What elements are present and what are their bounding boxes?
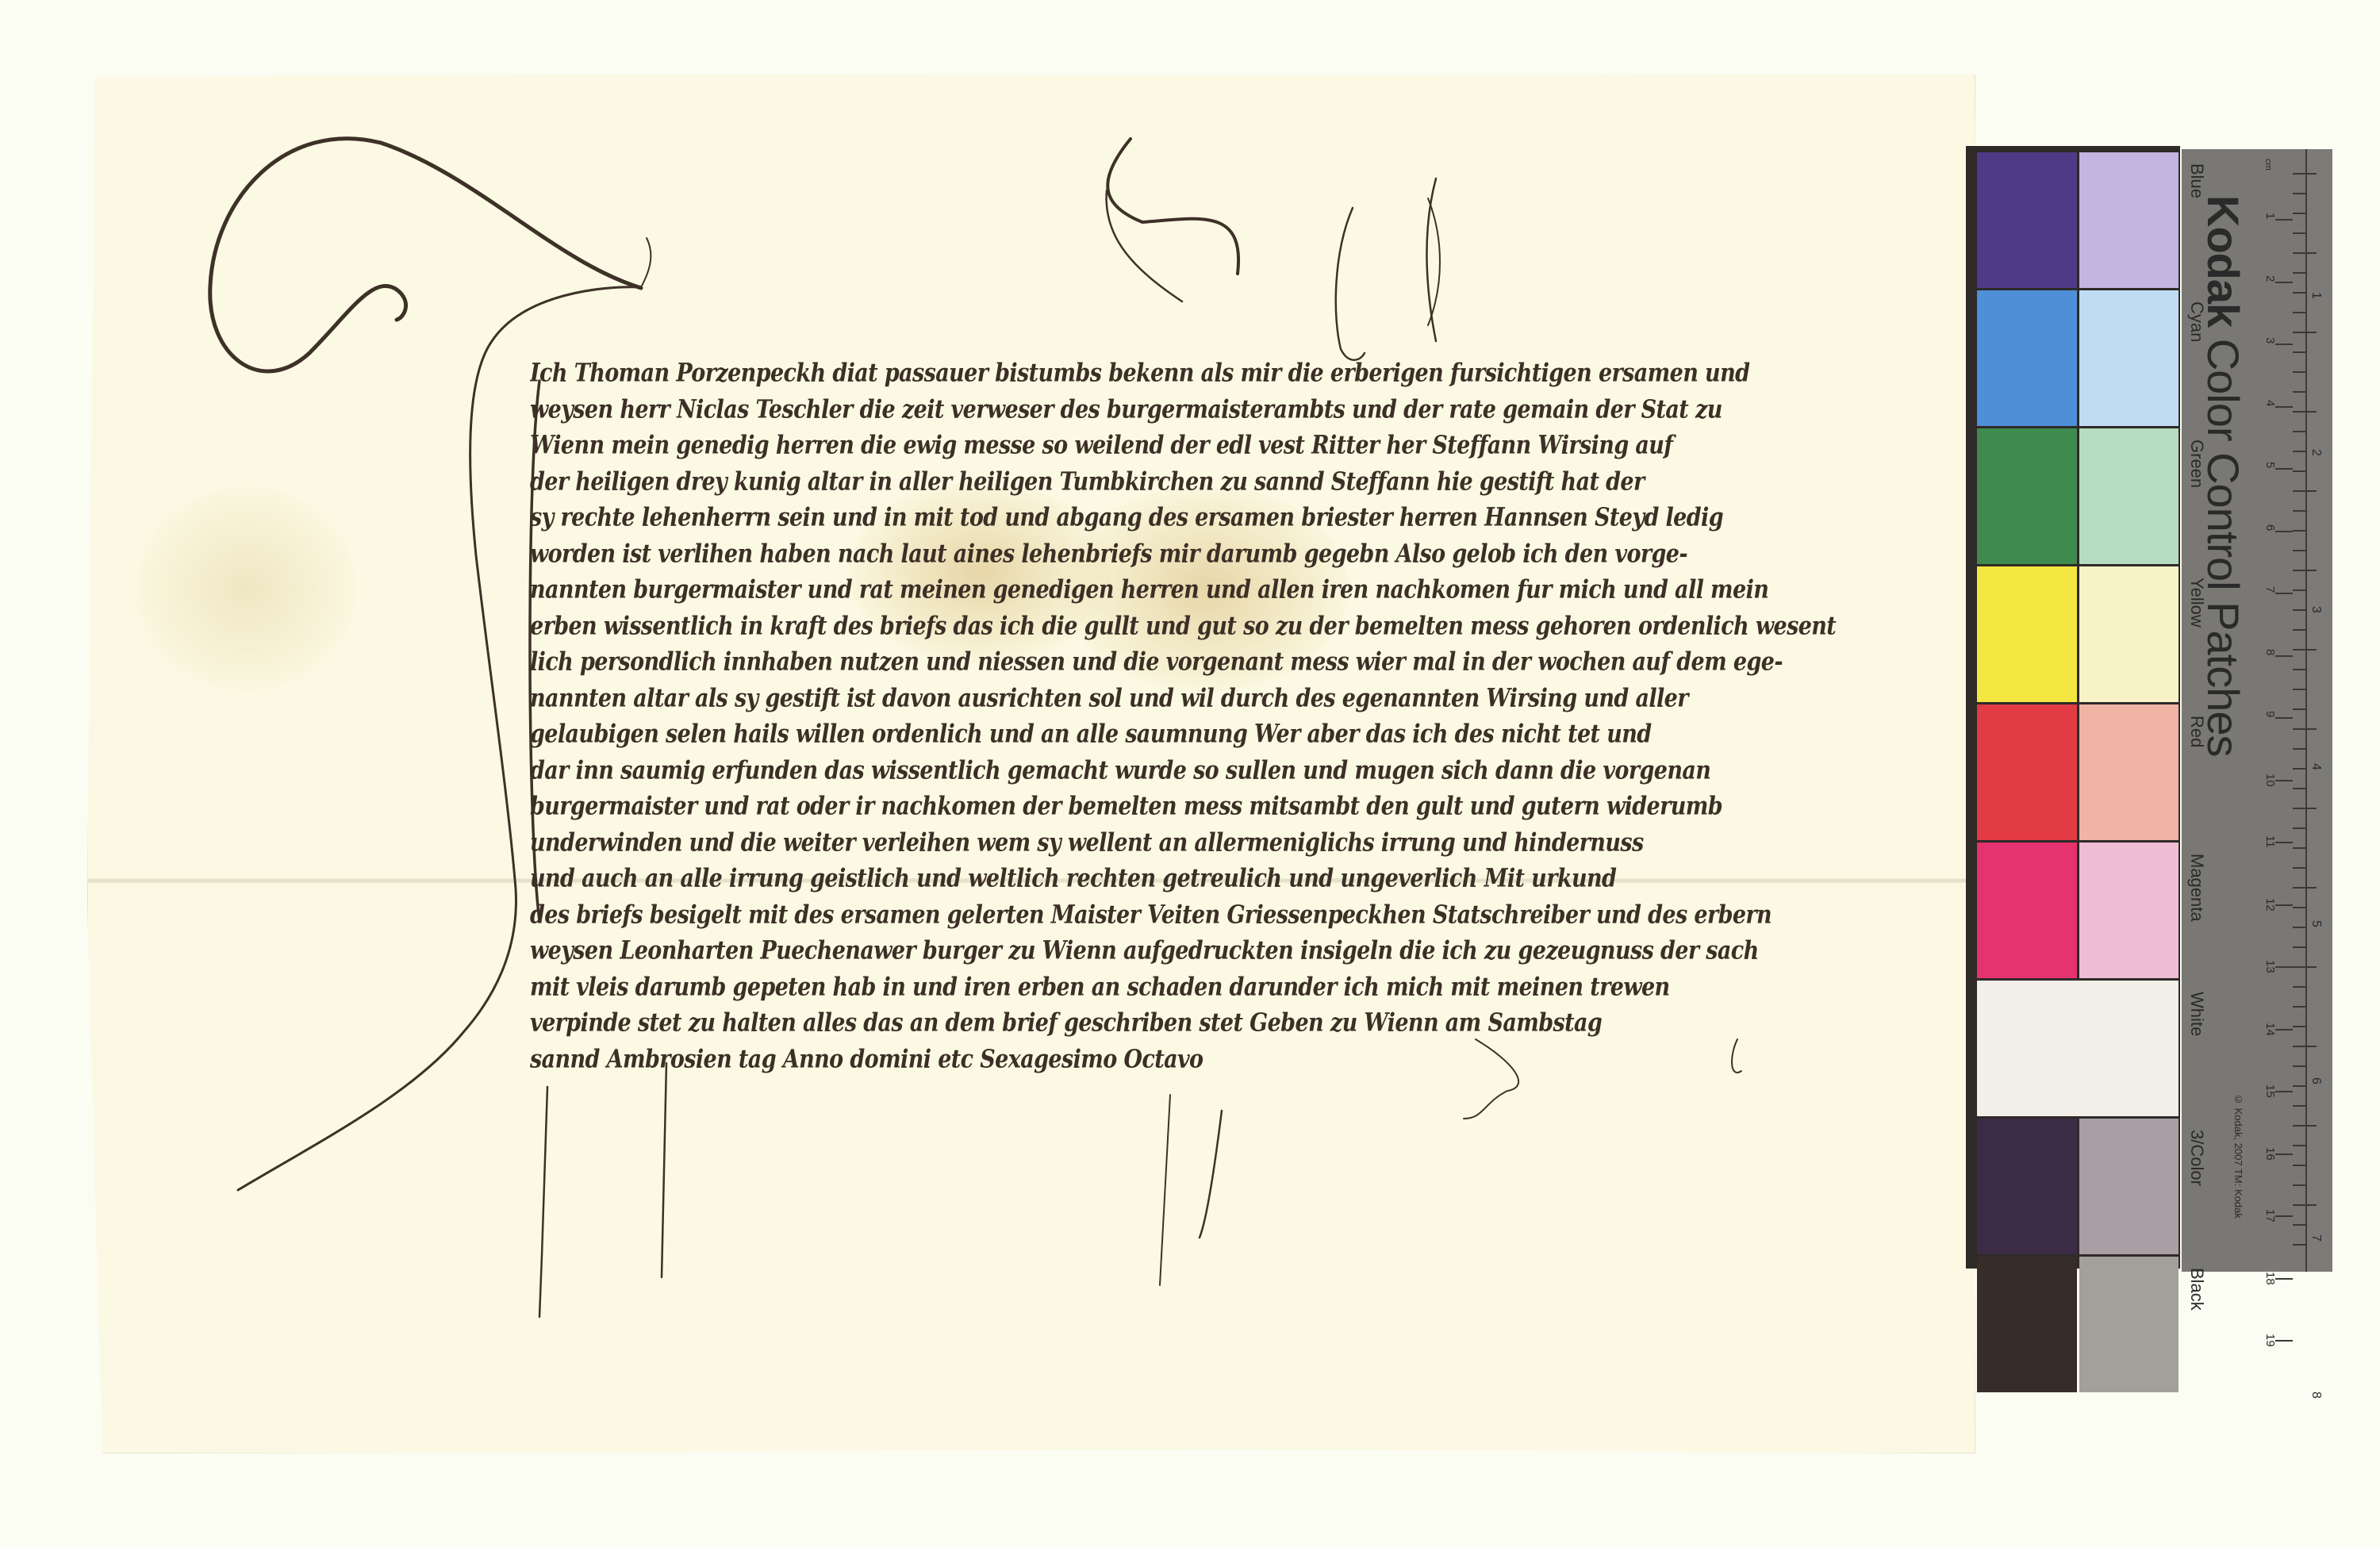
inch-tick-label: 4 (2309, 763, 2323, 770)
cm-tick (2275, 406, 2293, 408)
color-patch (1977, 1119, 2077, 1254)
cm-tick (2275, 966, 2293, 968)
color-patch (1977, 704, 2077, 840)
patch-row-black (1977, 1257, 2178, 1392)
charter-body-text: Ich Thoman Porzenpeckh diat passauer bis… (530, 355, 1894, 1077)
copyright-notice: © Kodak, 2007 TM: Kodak (2232, 1093, 2244, 1219)
minor-tick (2293, 193, 2307, 194)
kodak-color-control-strip: Kodak Color Control Patches © Kodak, 200… (1966, 146, 2299, 1273)
minor-tick (2293, 748, 2307, 750)
patch-row-red (1977, 704, 2178, 840)
minor-tick (2293, 252, 2317, 254)
cm-tick (2275, 1029, 2293, 1031)
minor-tick (2293, 788, 2307, 789)
inch-tick-label: 8 (2309, 1392, 2323, 1399)
color-patch (1977, 1257, 2077, 1392)
color-patch (1977, 428, 2077, 564)
cm-tick (2275, 842, 2293, 843)
minor-tick (2293, 530, 2307, 532)
unit-label-cm: cm (2263, 159, 2273, 171)
color-patch (1977, 981, 2178, 1116)
minor-tick (2293, 708, 2307, 710)
color-patch (2079, 1119, 2179, 1254)
patch-row-3-color (1977, 1119, 2178, 1254)
color-patch (2079, 566, 2179, 702)
minor-tick (2293, 768, 2307, 770)
minor-tick (2293, 847, 2307, 849)
cm-tick (2275, 1215, 2293, 1217)
minor-tick (2293, 1244, 2307, 1246)
minor-tick (2293, 470, 2307, 472)
minor-tick (2293, 371, 2307, 373)
minor-tick (2293, 232, 2307, 234)
patch-row-cyan (1977, 290, 2178, 426)
minor-tick (2293, 728, 2317, 730)
minor-tick (2293, 451, 2307, 452)
patch-label: White (2186, 992, 2207, 1036)
cm-tick (2275, 531, 2293, 532)
minor-tick (2293, 1105, 2307, 1107)
minor-tick (2293, 391, 2307, 393)
inch-tick-label: 3 (2309, 606, 2323, 613)
patch-row-blue (1977, 152, 2178, 288)
minor-tick (2293, 808, 2317, 809)
minor-tick (2293, 867, 2307, 869)
minor-tick (2293, 490, 2317, 492)
color-patch (2079, 1257, 2179, 1392)
minor-tick (2293, 609, 2307, 611)
minor-tick (2293, 689, 2307, 690)
color-patch (1977, 843, 2077, 978)
patch-row-green (1977, 428, 2178, 564)
patch-row-yellow (1977, 566, 2178, 702)
minor-tick (2293, 292, 2307, 294)
minor-tick (2293, 1065, 2307, 1067)
minor-tick (2293, 907, 2307, 908)
patch-row-magenta (1977, 843, 2178, 978)
dating-clause: sannd Ambrosien tag Anno domini etc Sexa… (530, 1038, 1403, 1081)
cm-tick (2275, 219, 2293, 221)
minor-tick (2293, 351, 2307, 353)
minor-tick (2293, 1006, 2307, 1008)
patch-label: Magenta (2186, 854, 2207, 922)
patch-label: Green (2186, 440, 2207, 488)
inch-tick-label: 7 (2309, 1234, 2323, 1242)
cm-tick (2275, 1278, 2293, 1280)
minor-tick (2293, 1165, 2307, 1166)
minor-tick (2293, 1224, 2307, 1226)
minor-tick (2293, 1125, 2317, 1127)
minor-tick (2293, 589, 2307, 591)
inch-scale (2305, 149, 2332, 1272)
inch-tick-label: 2 (2309, 449, 2323, 456)
color-patch (1977, 290, 2077, 426)
cm-tick (2275, 1154, 2293, 1155)
cm-tick (2275, 655, 2293, 657)
color-patch (2079, 704, 2179, 840)
patch-label: Blue (2186, 163, 2207, 198)
minor-tick (2293, 1184, 2307, 1186)
cm-tick (2275, 282, 2293, 283)
cm-tick (2275, 717, 2293, 719)
minor-tick (2293, 1145, 2307, 1146)
minor-tick (2293, 431, 2307, 432)
patch-label: 3/Color (2186, 1130, 2207, 1186)
inch-tick-label: 1 (2309, 292, 2323, 299)
minor-tick (2293, 966, 2317, 968)
cm-tick (2275, 344, 2293, 345)
minor-tick (2293, 827, 2307, 829)
patch-label: Red (2186, 716, 2207, 747)
patch-label: Black (2186, 1268, 2207, 1311)
minor-tick (2293, 570, 2317, 571)
minor-tick (2293, 272, 2307, 274)
minor-tick (2293, 510, 2307, 512)
minor-tick (2293, 887, 2317, 889)
minor-tick (2293, 649, 2317, 651)
cm-tick (2275, 1091, 2293, 1092)
color-patch (1977, 566, 2077, 702)
color-patch (2079, 428, 2179, 564)
minor-tick (2293, 312, 2307, 313)
patch-row-white (1977, 981, 2178, 1116)
minor-tick (2293, 1204, 2317, 1206)
cm-tick (2275, 593, 2293, 594)
minor-tick (2293, 173, 2317, 175)
inch-tick-label: 5 (2309, 920, 2323, 927)
minor-tick (2293, 411, 2317, 413)
cm-tick (2275, 468, 2293, 470)
cm-tick (2275, 1340, 2293, 1342)
minor-tick (2293, 213, 2307, 214)
color-patch (2079, 290, 2179, 426)
cm-tick (2275, 904, 2293, 906)
patch-label: Yellow (2186, 578, 2207, 628)
minor-tick (2293, 946, 2307, 948)
minor-tick (2293, 1085, 2307, 1087)
minor-tick (2293, 629, 2307, 631)
minor-tick (2293, 986, 2307, 988)
minor-tick (2293, 332, 2317, 333)
cm-tick (2275, 780, 2293, 781)
minor-tick (2293, 1046, 2317, 1047)
minor-tick (2293, 550, 2307, 551)
color-patch (1977, 152, 2077, 288)
inch-tick-label: 6 (2309, 1077, 2323, 1084)
ruler: Kodak Color Control Patches © Kodak, 200… (2182, 149, 2332, 1272)
patch-label: Cyan (2186, 301, 2207, 342)
color-patch (2079, 152, 2179, 288)
minor-tick (2293, 927, 2307, 928)
color-patch (2079, 843, 2179, 978)
water-stain (135, 486, 357, 692)
minor-tick (2293, 669, 2307, 670)
minor-tick (2293, 1026, 2307, 1027)
